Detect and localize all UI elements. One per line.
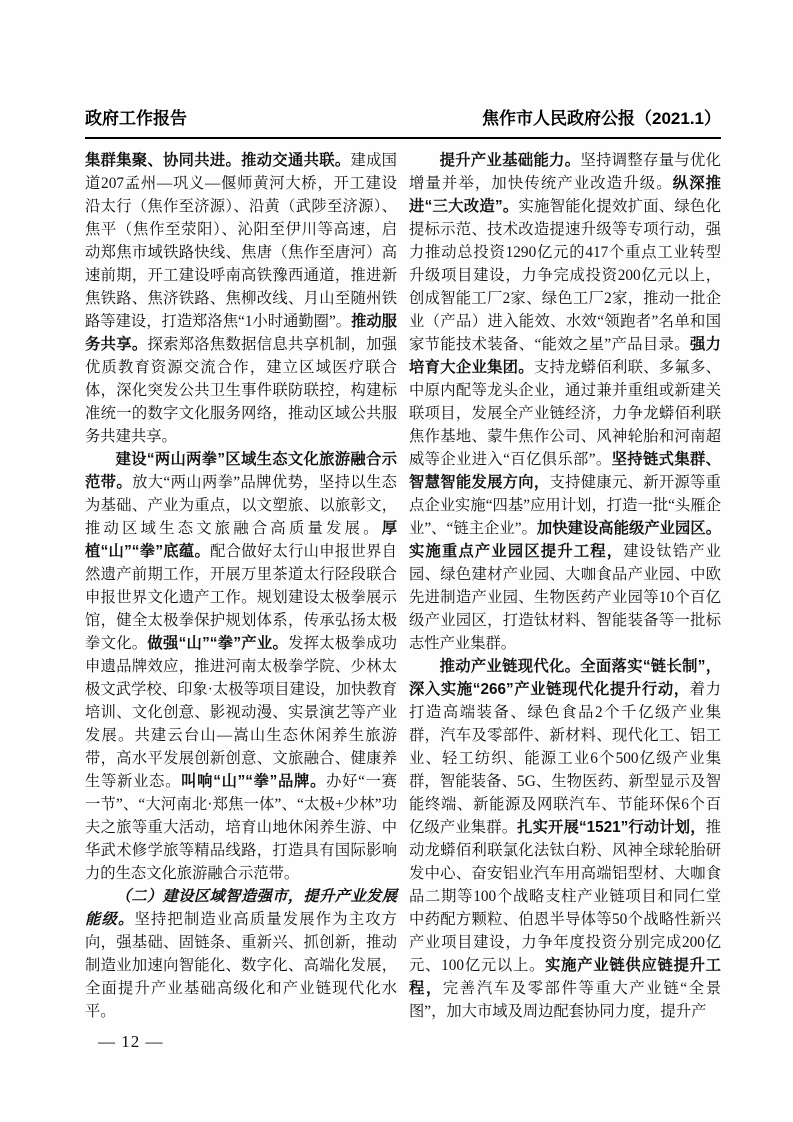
body-text: 放大“两山两拳”品牌优势，坚持以生态为基础、产业为重点，以文塑旅、以旅彰文，推动… xyxy=(85,474,397,537)
left-column: 集群集聚、协同共进。推动交通共联。建成国道207孟州—巩义—偃师黄河大桥，开工建… xyxy=(85,149,397,1021)
paragraph-left-3: （二）建设区域智造强市，提升产业发展能级。坚持把制造业高质量发展作为主攻方向，强… xyxy=(85,885,397,1021)
emphasis-text: 集群集聚、协同共进。推动交通共联。 xyxy=(85,152,350,169)
paragraph-right-2: 推动产业链现代化。全面落实“链长制”，深入实施“266”产业链现代化提升行动，着… xyxy=(409,655,721,1021)
page-header: 政府工作报告 焦作市人民政府公报（2021.1） xyxy=(85,104,721,139)
header-left-title: 政府工作报告 xyxy=(85,104,187,129)
header-right-title: 焦作市人民政府公报（2021.1） xyxy=(482,104,721,129)
emphasis-text: 叫响“山”“拳”品牌。 xyxy=(181,773,326,790)
emphasis-text: 提升产业基础能力。 xyxy=(440,152,581,169)
page-number: — 12 — xyxy=(98,1032,164,1052)
body-text: 着力打造高端装备、绿色食品2个千亿级产业集群，汽车及零部件、新材料、现代化工、铝… xyxy=(409,681,721,836)
paragraph-right-1: 提升产业基础能力。坚持调整存量与优化增量并举，加快传统产业改造升级。纵深推进“三… xyxy=(409,149,721,655)
body-text: 发挥太极拳成功申遗品牌效应，推进河南太极拳学院、少林太极文武学校、印象·太极等项… xyxy=(85,635,397,790)
emphasis-text: 做强“山”“拳”产业。 xyxy=(147,635,288,652)
body-text: 建成国道207孟州—巩义—偃师黄河大桥，开工建设沿太行（焦作至济源）、沿黄（武陟… xyxy=(85,152,397,330)
body-text: 推动龙蟒佰利联氯化法钛白粉、风神全球轮胎研发中心、奋安铝业汽车用高端铝型材、大咖… xyxy=(409,819,721,974)
paragraph-left-2: 建设“两山两拳”区域生态文化旅游融合示范带。放大“两山两拳”品牌优势，坚持以生态… xyxy=(85,448,397,885)
right-column: 提升产业基础能力。坚持调整存量与优化增量并举，加快传统产业改造升级。纵深推进“三… xyxy=(409,149,721,1021)
page-body: 集群集聚、协同共进。推动交通共联。建成国道207孟州—巩义—偃师黄河大桥，开工建… xyxy=(85,149,721,1021)
emphasis-text: 扎实开展“1521”行动计划， xyxy=(517,819,706,836)
emphasis-text: 推动产业链现代化。全面落实“链长制”，深入实施“266”产业链现代化提升行动， xyxy=(409,658,721,698)
document-page: 政府工作报告 焦作市人民政府公报（2021.1） 集群集聚、协同共进。推动交通共… xyxy=(0,0,793,1122)
body-text: 实施智能化提效扩面、绿色化提标示范、技术改造提速升级等专项行动，强力推动总投资1… xyxy=(409,198,721,353)
body-text: 完善汽车及零部件等重大产业链“全景图”，加大市域及周边配套协同力度，提升产 xyxy=(409,980,721,1020)
paragraph-left-1: 集群集聚、协同共进。推动交通共联。建成国道207孟州—巩义—偃师黄河大桥，开工建… xyxy=(85,149,397,448)
